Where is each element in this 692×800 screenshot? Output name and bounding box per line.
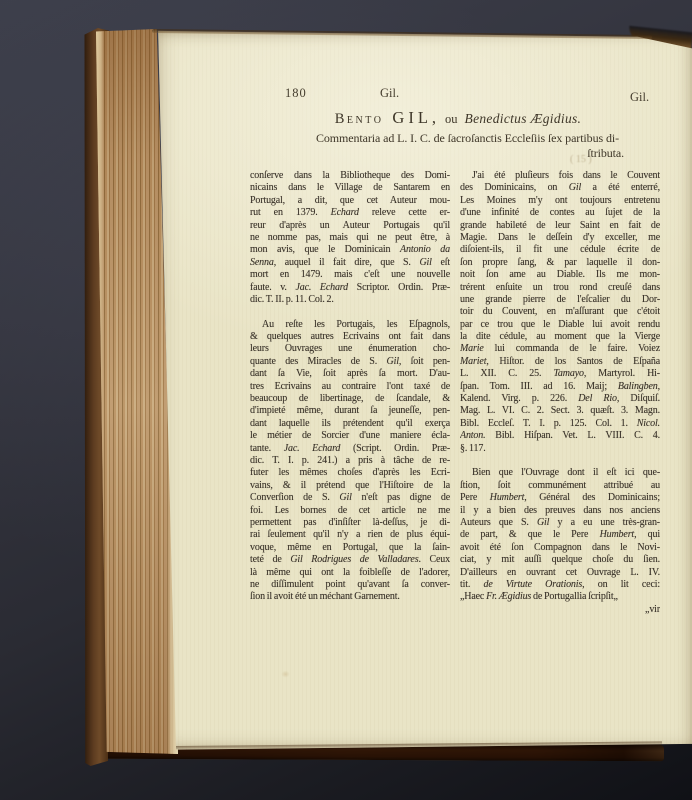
text-line: grande habileté de leur Saint en fait de (460, 220, 660, 232)
text-line: §. 117. (460, 443, 660, 455)
text-line: Au reſte les Portugais, les Eſpagnols, (250, 319, 450, 331)
work-subtitle-line1: Commentaria ad L. I. C. de ſacroſanctis … (316, 131, 662, 146)
text-line: ſtion, ſoit communément attribué au (460, 480, 660, 492)
text-line: teté de Gil Rodrigues de Valladares. Ceu… (250, 554, 450, 566)
running-head-right: Gil. (630, 90, 649, 105)
entry-title-name-display: GIL, (392, 108, 440, 127)
page-number: 180 (285, 86, 307, 101)
text-line: le métier de Sorcier d'une maniere écla- (250, 430, 450, 442)
text-line: diſoient-ils, il fit une cédule écrite d… (460, 244, 660, 256)
work-subtitle-line2: ſtributa. (250, 146, 624, 161)
scanned-book-photo: 180 Gil. Gil. BentoGIL,ouBenedictus Ægid… (0, 0, 692, 800)
paragraph-gap (460, 455, 660, 467)
text-line: dant ſa Vie, ſoit après ſa mort. D'au- (250, 368, 450, 380)
text-line: ſpan. Tom. III. ad 16. Maij; Balingben, (460, 381, 660, 393)
text-line: Magie. Dans le deſſein d'y exceller, me (460, 232, 660, 244)
text-line: Pere Humbert, Général des Dominicains; (460, 492, 660, 504)
text-line: mort en 1479. mais c'eſt une nouvelle (250, 269, 450, 281)
text-line: Auteurs que S. Gil y a eu une très-gran- (460, 517, 660, 529)
paragraph-gap (250, 306, 450, 318)
entry-title-name-smallcaps: Bento (335, 111, 384, 127)
text-line: Les Moines m'y ont toujours entretenu (460, 195, 660, 207)
text-line: de part, & que le Pere Humbert, qui (460, 529, 660, 541)
text-line: & quelques autres Ecrivains ont fait dan… (250, 331, 450, 343)
text-line: tres Ecrivains au contraire l'ont taxé d… (250, 381, 450, 393)
text-line: ne diſſimulent point qu'avant ſa conver- (250, 579, 450, 591)
text-line: futer les mêmes choſes d'après les Ecri- (250, 467, 450, 479)
book-page: 180 Gil. Gil. BentoGIL,ouBenedictus Ægid… (150, 28, 692, 754)
text-line: dic. T. II. p. 11. Col. 2. (250, 294, 450, 306)
text-line: noit ſon ame au Diable. Ils me mon- (460, 269, 660, 281)
text-line: Senna, auquel il fait dire, que S. Gil e… (250, 257, 450, 269)
text-line: ſion il avoit été un méchant Garnement. (250, 591, 450, 603)
entry-title-latin-name: Benedictus Ægidius. (465, 111, 582, 126)
text-line: ne nomme pas, mais qui ne peut être, à (250, 232, 450, 244)
text-line: vains, & il prétend que l'Hiſtoire de la (250, 480, 450, 492)
text-line: trérent enſuite un trou rond creuſé dans (460, 282, 660, 294)
text-line: nicains dans le Village de Santarem en (250, 182, 450, 194)
entry-title: BentoGIL,ouBenedictus Ægidius. (250, 108, 666, 128)
text-line: mon avis, que le Dominicain Antonio da (250, 244, 450, 256)
text-line: là même qui ont la foibleſſe de l'adorer… (250, 567, 450, 579)
entry-title-connector: ou (445, 112, 458, 126)
text-column-left: conſerve dans la Bibliotheque des Domi-n… (250, 170, 450, 616)
text-line: avoit été ſon Compagnon dans le Novi- (460, 542, 660, 554)
text-line: Mag. L. VI. C. 2. Sect. 3. quæſt. 3. Mag… (460, 405, 660, 417)
text-line: des Dominicains, on Gil a été enterré, (460, 182, 660, 194)
text-line: Kalend. Virg. p. 226. Del Rio, Diſquiſ. (460, 393, 660, 405)
text-line: Portugal, a dit, que cet Auteur mou- (250, 195, 450, 207)
text-line: Converſion de S. Gil n'eſt pas digne de (250, 492, 450, 504)
text-line: il y a bien des preuves dans nos anciens (460, 505, 660, 517)
text-line: rai ſeulement qu'il n'y a rien de plus é… (250, 529, 450, 541)
text-line: Marie lui commanda de le faire. Voiez (460, 343, 660, 355)
text-line: ciat, y mit auſſi quelque choſe du ſien. (460, 554, 660, 566)
text-line: leurs Ouvrages une énumeration cho- (250, 343, 450, 355)
text-line: d'une infinité de contes au ſujet de la (460, 207, 660, 219)
text-line: dic. T. I. p. 241.) a pris à tâche de re… (250, 455, 450, 467)
work-subtitle: Commentaria ad L. I. C. de ſacroſanctis … (250, 131, 662, 161)
text-line: ſon propre ſang, & par laquelle il don- (460, 257, 660, 269)
text-line: voque, même en Portugal, que la ſain- (250, 542, 450, 554)
text-line: D'ailleurs en ouvrant cet Ouvrage L. IV. (460, 567, 660, 579)
running-head: 180 Gil. Gil. (150, 86, 692, 102)
text-line: „Haec Fr. Ægidius de Portugallia ſcripſi… (460, 591, 660, 603)
text-line: reur d'après un Auteur Portugais qu'il (250, 220, 450, 232)
show-through-mark: ( 15 ) (570, 154, 592, 165)
text-line: tit. de Virtute Orationis, on lit ceci: (460, 579, 660, 591)
text-line: J'ai été pluſieurs fois dans le Couvent (460, 170, 660, 182)
text-line: L. XII. C. 25. Tamayo, Martyrol. Hi- (460, 368, 660, 380)
text-line: une grande pierre de l'eſcalier du Dor- (460, 294, 660, 306)
text-line: par ce trou que le Diable lui avoit rend… (460, 319, 660, 331)
catchword: „vir (460, 604, 660, 616)
text-line: d'impieté même, durant ſa jeuneſſe, pen- (250, 405, 450, 417)
text-line: la dite cédule, au moment que la Vierge (460, 331, 660, 343)
text-line: Anton. Bibl. Hiſpan. Vet. L. VIII. C. 4. (460, 430, 660, 442)
text-line: Mariet, Hiſtor. de los Santos de Eſpaña (460, 356, 660, 368)
text-line: Bibl. Eccleſ. T. I. p. 125. Col. 1. Nico… (460, 418, 660, 430)
text-line: conſerve dans la Bibliotheque des Domi- (250, 170, 450, 182)
running-head-left: Gil. (380, 86, 399, 101)
text-line: permettent pas d'inſiſter là-deſſus, je … (250, 517, 450, 529)
text-line: dant laquelle ils prétendent qu'il exerç… (250, 418, 450, 430)
text-line: beaucoup de libertinage, de ſcandale, & (250, 393, 450, 405)
text-line: toir du Couvent, en m'aſſurant que c'éto… (460, 306, 660, 318)
text-line: tante. Jac. Echard (Script. Ordin. Præ- (250, 443, 450, 455)
text-column-right: J'ai été pluſieurs fois dans le Couventd… (460, 170, 660, 616)
text-line: Bien que l'Ouvrage dont il eſt ici que- (460, 467, 660, 479)
text-line: rut en 1379. Echard releve cette er- (250, 207, 450, 219)
text-line: quante des Miracles de S. Gil, ſoit pen- (250, 356, 450, 368)
text-line: foi. Les bornes de cet article ne me (250, 505, 450, 517)
printed-content: 180 Gil. Gil. BentoGIL,ouBenedictus Ægid… (150, 28, 692, 754)
text-line: faute. v. Jac. Echard Scriptor. Ordin. P… (250, 282, 450, 294)
two-column-text: conſerve dans la Bibliotheque des Domi-n… (250, 170, 660, 616)
